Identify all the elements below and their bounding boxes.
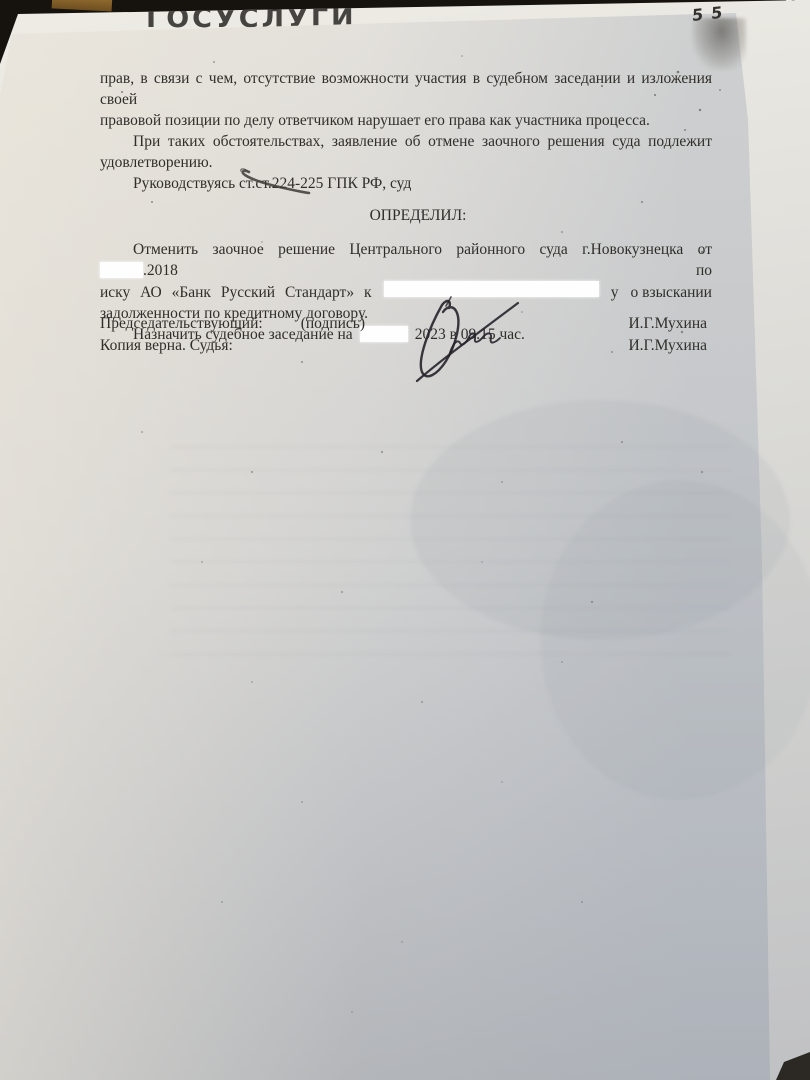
- ghost-showthrough: [170, 430, 730, 660]
- body-line: удовлетворению.: [100, 152, 712, 173]
- body-line: Руководствуясь ст.ст.224-225 ГПК РФ, суд: [100, 173, 712, 194]
- signature-block: Председательствующий: (подпись) И.Г.Мухи…: [100, 313, 707, 357]
- body-line: При таких обстоятельствах, заявление об …: [100, 131, 712, 152]
- redaction-nowrap: .2018 по: [100, 262, 712, 279]
- copy-certified-label: Копия верна. Судья:: [100, 335, 233, 357]
- body-line: прав, в связи с чем, отсутствие возможно…: [100, 68, 712, 110]
- ruling-line-1-tail: .2018 по: [143, 262, 712, 279]
- ruling-line-1: Отменить заочное решение Центрального ра…: [100, 239, 712, 281]
- ruling-line-2-text: иску АО «Банк Русский Стандарт» к: [100, 282, 371, 303]
- desk-wood-sliver: [52, 0, 113, 12]
- ruling-line-2: иску АО «Банк Русский Стандарт» к у о вз…: [100, 281, 712, 303]
- toner-smudge: [692, 18, 746, 70]
- ruling-line-1-text: Отменить заочное решение Центрального ра…: [133, 241, 712, 258]
- ruling-line-2-tail: о взыскании: [631, 282, 712, 303]
- signature-row-2: Копия верна. Судья: И.Г.Мухина: [100, 335, 707, 357]
- redaction-box-name: [384, 281, 599, 297]
- handwritten-page-number: 55: [692, 2, 731, 25]
- document-page: прав, в связи с чем, отсутствие возможно…: [0, 0, 810, 1080]
- signature-placeholder-label: (подпись): [301, 313, 365, 335]
- judge-name: И.Г.Мухина: [628, 313, 707, 335]
- document-text: прав, в связи с чем, отсутствие возможно…: [100, 68, 712, 345]
- presiding-judge-label: Председательствующий:: [100, 313, 263, 335]
- ruling-heading: ОПРЕДЕЛИЛ:: [100, 205, 712, 226]
- judge-name: И.Г.Мухина: [628, 335, 707, 357]
- signature-row-1: Председательствующий: (подпись) И.Г.Мухи…: [100, 313, 707, 335]
- name-suffix: у: [611, 282, 619, 303]
- redaction-box-date: [100, 262, 143, 278]
- body-line: правовой позиции по делу ответчиком нару…: [100, 110, 712, 131]
